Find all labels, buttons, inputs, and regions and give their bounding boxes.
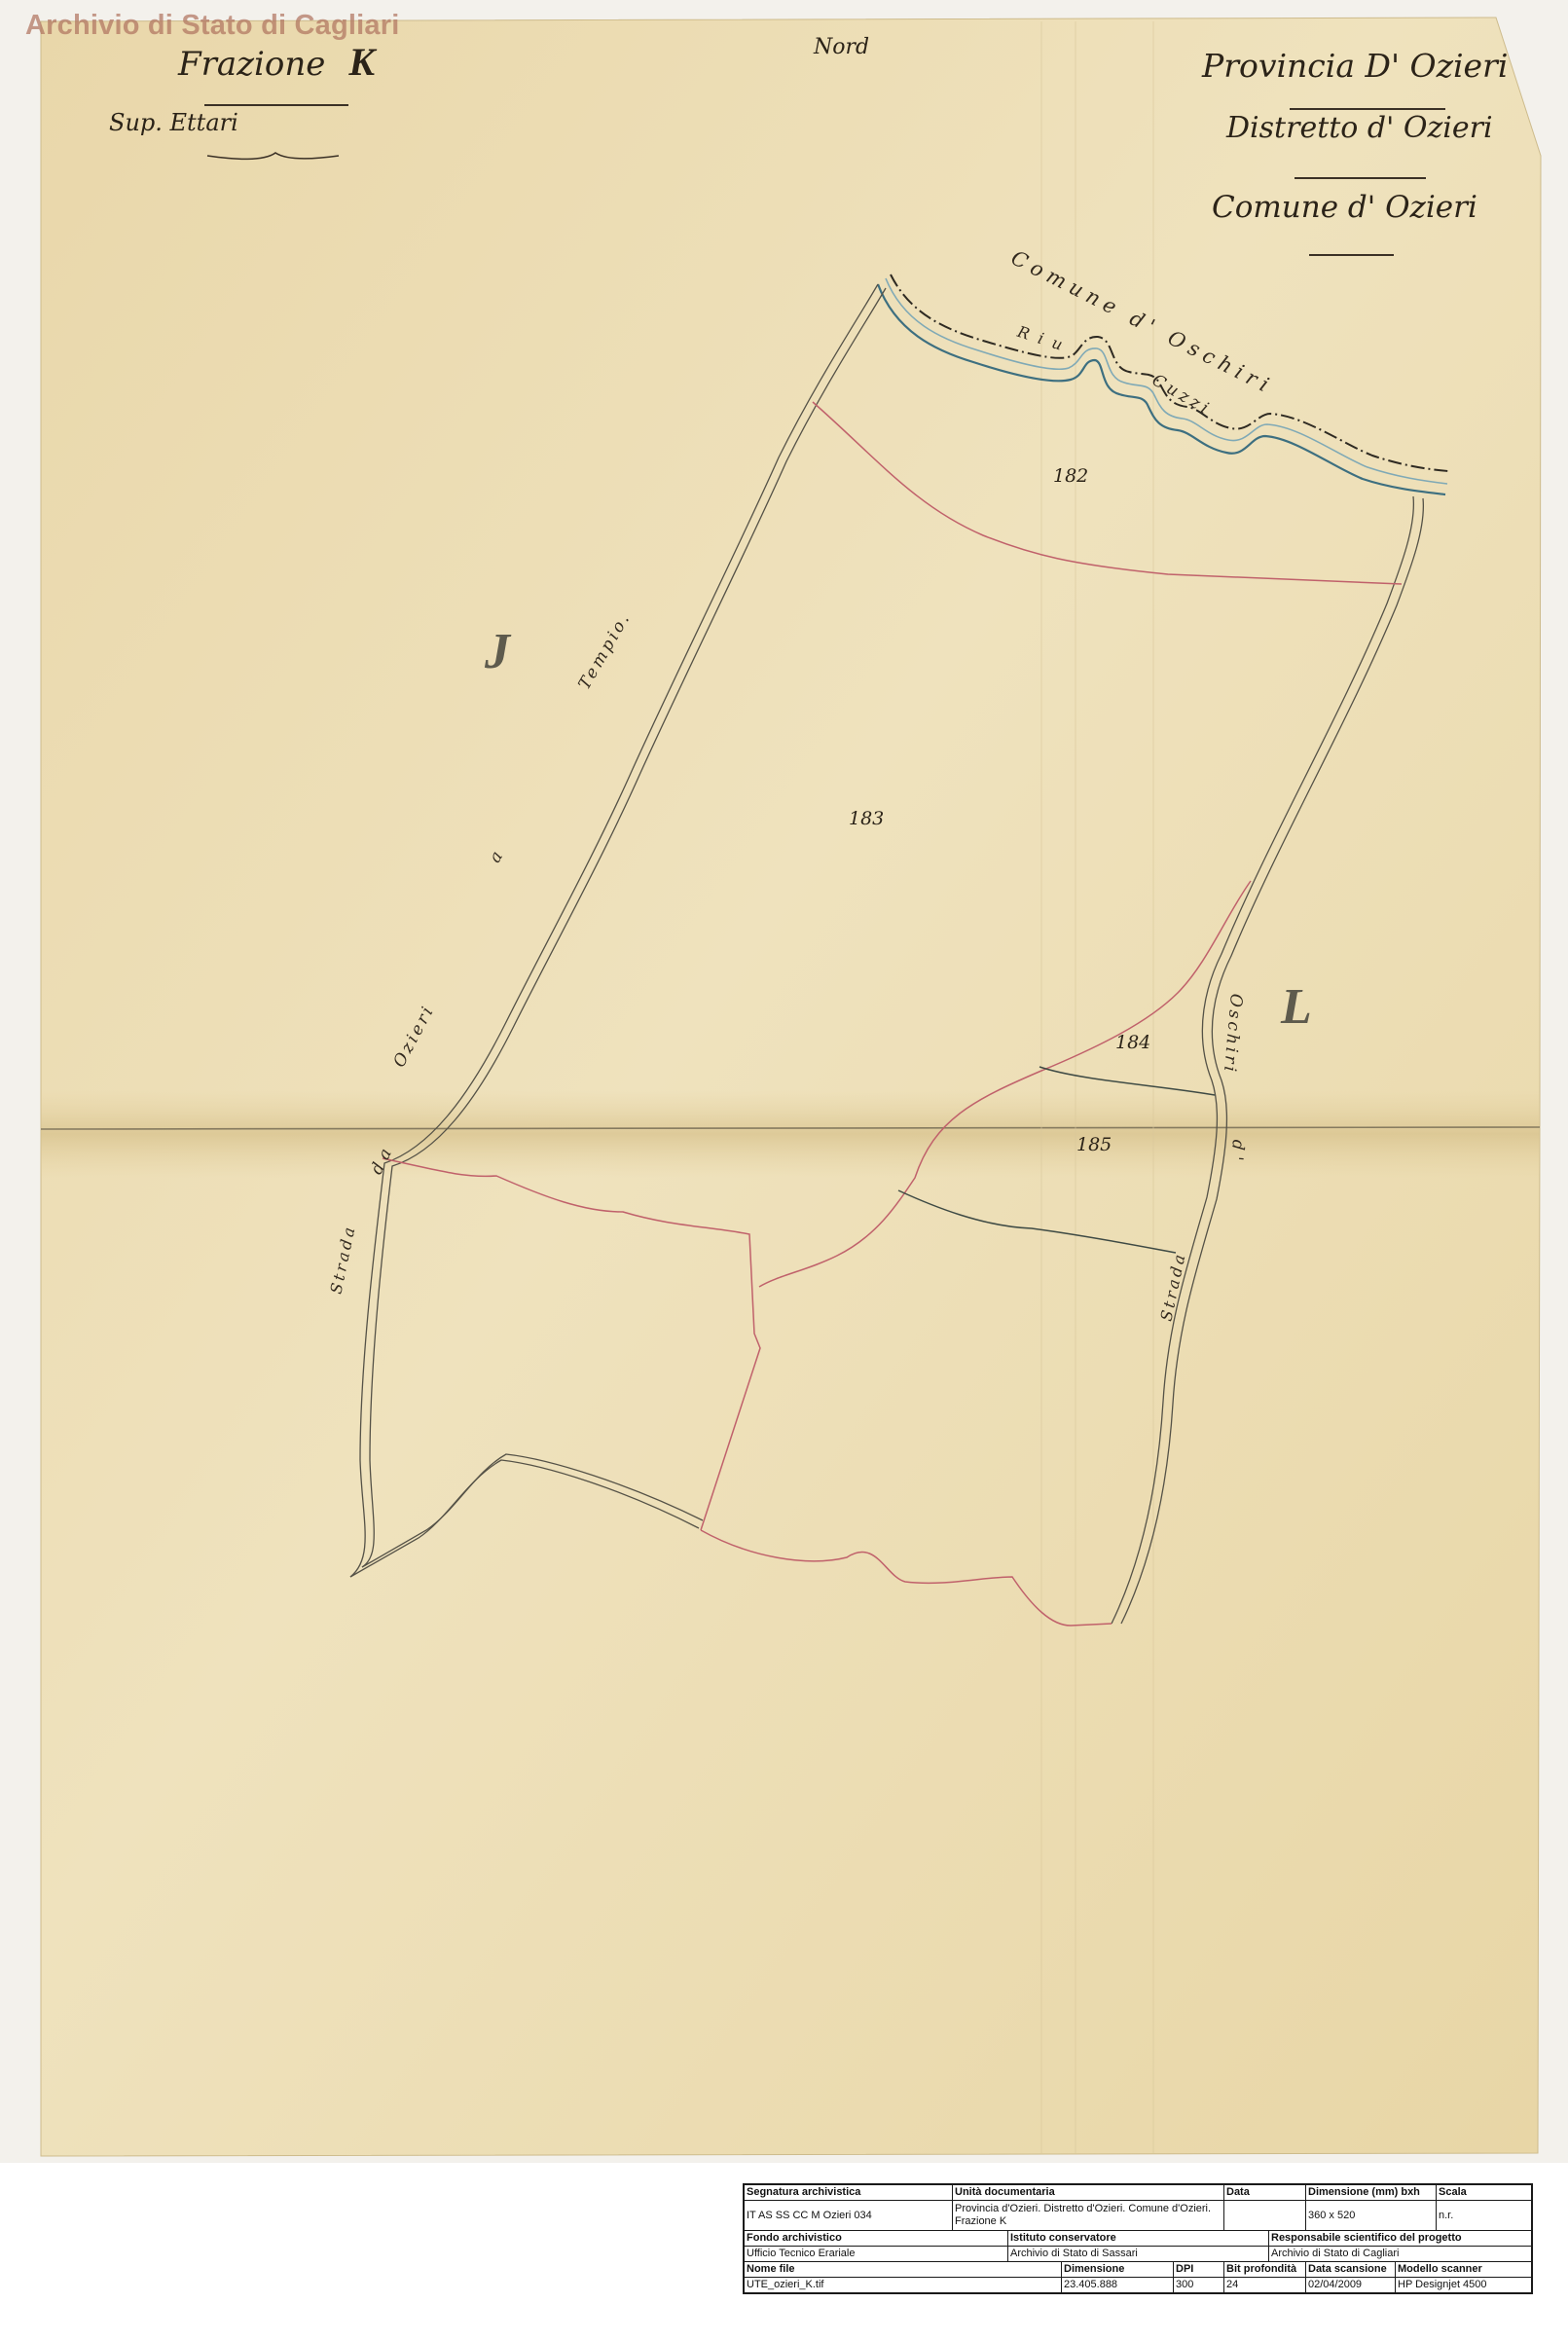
header-segnatura: Segnatura archivistica: [745, 2185, 952, 2200]
header-nome-file: Nome file: [745, 2262, 1061, 2277]
header-responsabile: Responsabile scientifico del progetto: [1268, 2231, 1527, 2246]
adjacent-section-l: L: [1281, 978, 1312, 1036]
header-fondo: Fondo archivistico: [745, 2231, 1007, 2246]
value-dimensione: 23.405.888: [1061, 2278, 1173, 2292]
comune-label: Comune d' Ozieri: [1212, 190, 1477, 225]
value-fondo: Ufficio Tecnico Erariale: [745, 2247, 1007, 2261]
fold-band: [41, 1090, 1540, 1178]
value-data: [1223, 2201, 1305, 2230]
archival-metadata-table: Segnatura archivistica Unità documentari…: [743, 2183, 1533, 2294]
value-modello-scanner: HP Designjet 4500: [1395, 2278, 1527, 2292]
table-header-row-2: Fondo archivistico Istituto conservatore…: [745, 2230, 1531, 2246]
section-letter: K: [348, 40, 375, 84]
header-dpi: DPI: [1173, 2262, 1223, 2277]
value-bit-profondita: 24: [1223, 2278, 1305, 2292]
header-dimensione-mm: Dimensione (mm) bxh: [1305, 2185, 1436, 2200]
value-segnatura: IT AS SS CC M Ozieri 034: [745, 2201, 952, 2230]
value-istituto: Archivio di Stato di Sassari: [1007, 2247, 1268, 2261]
road-east-label-d: d': [1226, 1139, 1248, 1167]
value-nome-file: UTE_ozieri_K.tif: [745, 2278, 1061, 2292]
provincia-label: Provincia D' Ozieri: [1202, 47, 1508, 85]
header-bit-profondita: Bit profondità: [1223, 2262, 1305, 2277]
distretto-label: Distretto d' Ozieri: [1226, 111, 1493, 145]
table-header-row-3: Nome file Dimensione DPI Bit profondità …: [745, 2261, 1531, 2277]
table-value-row-3: UTE_ozieri_K.tif 23.405.888 300 24 02/04…: [745, 2277, 1531, 2292]
surface-label: Sup. Ettari: [109, 109, 238, 136]
value-responsabile: Archivio di Stato di Cagliari: [1268, 2247, 1527, 2261]
header-data-scansione: Data scansione: [1305, 2262, 1395, 2277]
parcel-184: 184: [1115, 1032, 1150, 1053]
header-dimensione: Dimensione: [1061, 2262, 1173, 2277]
header-scala: Scala: [1436, 2185, 1527, 2200]
archive-watermark: Archivio di Stato di Cagliari: [25, 10, 399, 42]
value-scala: n.r.: [1436, 2201, 1527, 2230]
value-data-scansione: 02/04/2009: [1305, 2278, 1395, 2292]
header-data: Data: [1223, 2185, 1305, 2200]
parcel-183: 183: [849, 808, 884, 829]
cadastral-map-sheet: [0, 0, 1568, 2163]
table-header-row-1: Segnatura archivistica Unità documentari…: [745, 2185, 1531, 2200]
paper-sheet: [41, 18, 1541, 2156]
parcel-185: 185: [1076, 1134, 1112, 1155]
parcel-182: 182: [1053, 465, 1088, 487]
value-unita: Provincia d'Ozieri. Distretto d'Ozieri. …: [952, 2201, 1223, 2230]
table-value-row-2: Ufficio Tecnico Erariale Archivio di Sta…: [745, 2246, 1531, 2261]
value-dpi: 300: [1173, 2278, 1223, 2292]
section-title-label: Frazione: [178, 45, 325, 84]
value-dimensione-mm: 360 x 520: [1305, 2201, 1436, 2230]
section-title: FrazioneK: [178, 39, 375, 85]
header-modello-scanner: Modello scanner: [1395, 2262, 1527, 2277]
table-value-row-1: IT AS SS CC M Ozieri 034 Provincia d'Ozi…: [745, 2200, 1531, 2230]
header-unita: Unità documentaria: [952, 2185, 1223, 2200]
north-label: Nord: [814, 35, 869, 59]
header-istituto: Istituto conservatore: [1007, 2231, 1268, 2246]
adjacent-section-j: J: [485, 623, 510, 680]
